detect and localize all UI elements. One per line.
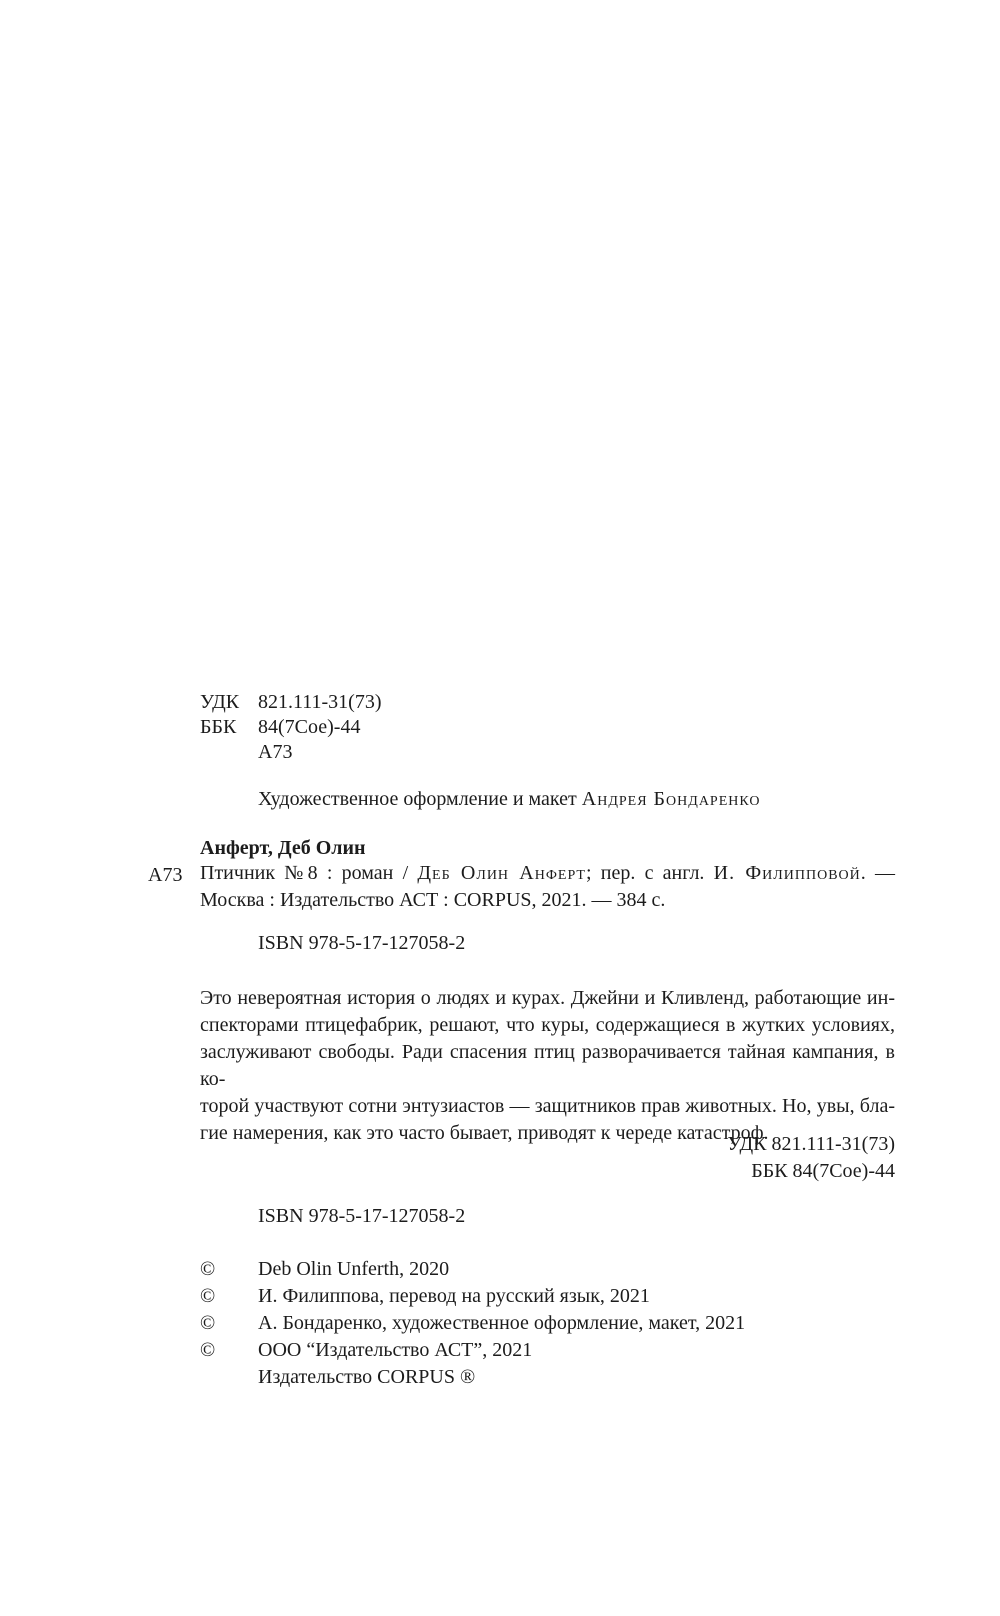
- bbk-value: 84(7Сое)-44: [258, 716, 360, 738]
- entry-translated: ; пер. с англ.: [586, 862, 714, 884]
- annotation-line: торой участвуют сотни энтузиастов — защи…: [200, 1093, 895, 1120]
- udk-label: УДК: [200, 690, 258, 715]
- book-imprint-page: УДК821.111-31(73) ББК84(7Сое)-44 А73 Худ…: [0, 0, 1000, 1616]
- author-sign-value: А73: [258, 741, 292, 763]
- copyright-text: ООО “Издательство АСТ”, 2021: [258, 1339, 532, 1361]
- copyright-row: Издательство CORPUS ®: [200, 1364, 745, 1391]
- classification-codes-top: УДК821.111-31(73) ББК84(7Сое)-44 А73: [200, 690, 382, 765]
- catalog-entry-line2: Москва : Издательство АСТ : CORPUS, 2021…: [200, 887, 895, 914]
- catalog-entry: Птичник №8 : роман / Деб Олин Анферт; пе…: [200, 860, 895, 914]
- copyright-symbol: ©: [200, 1256, 258, 1283]
- udk-row: УДК821.111-31(73): [200, 690, 382, 715]
- copyright-row: ©ООО “Издательство АСТ”, 2021: [200, 1337, 745, 1364]
- copyright-text: А. Бондаренко, художественное оформление…: [258, 1312, 745, 1334]
- copyright-row: ©Deb Olin Unferth, 2020: [200, 1256, 745, 1283]
- copyright-text: Deb Olin Unferth, 2020: [258, 1258, 449, 1280]
- copyright-symbol: ©: [200, 1283, 258, 1310]
- copyright-symbol: ©: [200, 1337, 258, 1364]
- annotation-line: Это невероятная история о людях и курах.…: [200, 985, 895, 1012]
- bbk-row: ББК84(7Сое)-44: [200, 715, 382, 740]
- publisher-corpus-text: Издательство CORPUS ®: [258, 1366, 475, 1388]
- copyright-text: И. Филиппова, перевод на русский язык, 2…: [258, 1285, 650, 1307]
- design-credit: Художественное оформление и макет Андрея…: [258, 787, 760, 812]
- designer-name: Андрея Бондаренко: [582, 788, 761, 810]
- catalog-margin-code: А73: [148, 862, 182, 889]
- catalog-entry-line1: Птичник №8 : роман / Деб Олин Анферт; пе…: [200, 860, 895, 887]
- annotation-line: заслуживают свободы. Ради спасения птиц …: [200, 1039, 895, 1093]
- udk-right: УДК 821.111-31(73): [200, 1131, 895, 1158]
- entry-dash: . —: [861, 862, 895, 884]
- udk-value: 821.111-31(73): [258, 691, 382, 713]
- entry-translator-name: И. Филипповой: [714, 862, 861, 884]
- bbk-right: ББК 84(7Сое)-44: [200, 1158, 895, 1185]
- isbn-top: ISBN 978-5-17-127058-2: [258, 930, 465, 957]
- author-sign-row: А73: [200, 740, 382, 765]
- copyright-block: ©Deb Olin Unferth, 2020 ©И. Филиппова, п…: [200, 1256, 745, 1391]
- annotation-line: спекторами птицефабрик, решают, что куры…: [200, 1012, 895, 1039]
- entry-author-name: Деб Олин Анферт: [417, 862, 586, 884]
- copyright-row: ©А. Бондаренко, художественное оформлени…: [200, 1310, 745, 1337]
- annotation-paragraph: Это невероятная история о людях и курах.…: [200, 985, 895, 1147]
- copyright-symbol: ©: [200, 1310, 258, 1337]
- entry-title: Птичник №8 : роман /: [200, 862, 417, 884]
- catalog-author-heading: Анферт, Деб Олин: [200, 836, 366, 861]
- classification-codes-right: УДК 821.111-31(73) ББК 84(7Сое)-44: [200, 1131, 895, 1185]
- copyright-row: ©И. Филиппова, перевод на русский язык, …: [200, 1283, 745, 1310]
- bbk-label: ББК: [200, 715, 258, 740]
- design-credit-text: Художественное оформление и макет: [258, 788, 582, 810]
- isbn-bottom: ISBN 978-5-17-127058-2: [258, 1203, 465, 1230]
